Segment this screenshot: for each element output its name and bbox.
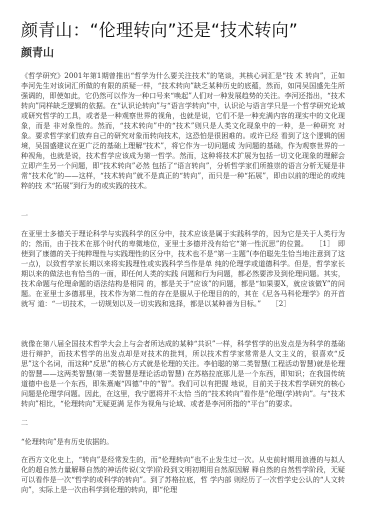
- section-marker: 二: [21, 418, 28, 428]
- document-page: 颜青山：“伦理转向”还是“技术转向” 颜青山 《哲学研究》2001年第1期曾推出…: [0, 0, 365, 516]
- section-marker: 一: [21, 211, 28, 221]
- article-author: 颜青山: [21, 46, 54, 60]
- article-title: 颜青山：“伦理转向”还是“技术转向”: [21, 20, 298, 42]
- paragraph: “伦理转向”是有历史依据的。: [21, 437, 345, 447]
- paragraph: 《哲学研究》2001年第1期曾推出“哲学为什么要关注技术”的笔谈，其核心词汇是“…: [21, 71, 345, 191]
- paragraph: 就像在第八届全国技术哲学大会上与会者所达成的某种“共识”一样，科学哲学的出发点是…: [21, 339, 345, 409]
- paragraph: 在亚里士多德关于理论科学与实践科学的区分中，技术应该是属于实践科学的，因为它是关…: [21, 229, 345, 309]
- paragraph: 在西方文化史上，“转向”是经常发生的，而“伦理转向”也不止发生过一次。从史前时期…: [21, 455, 345, 495]
